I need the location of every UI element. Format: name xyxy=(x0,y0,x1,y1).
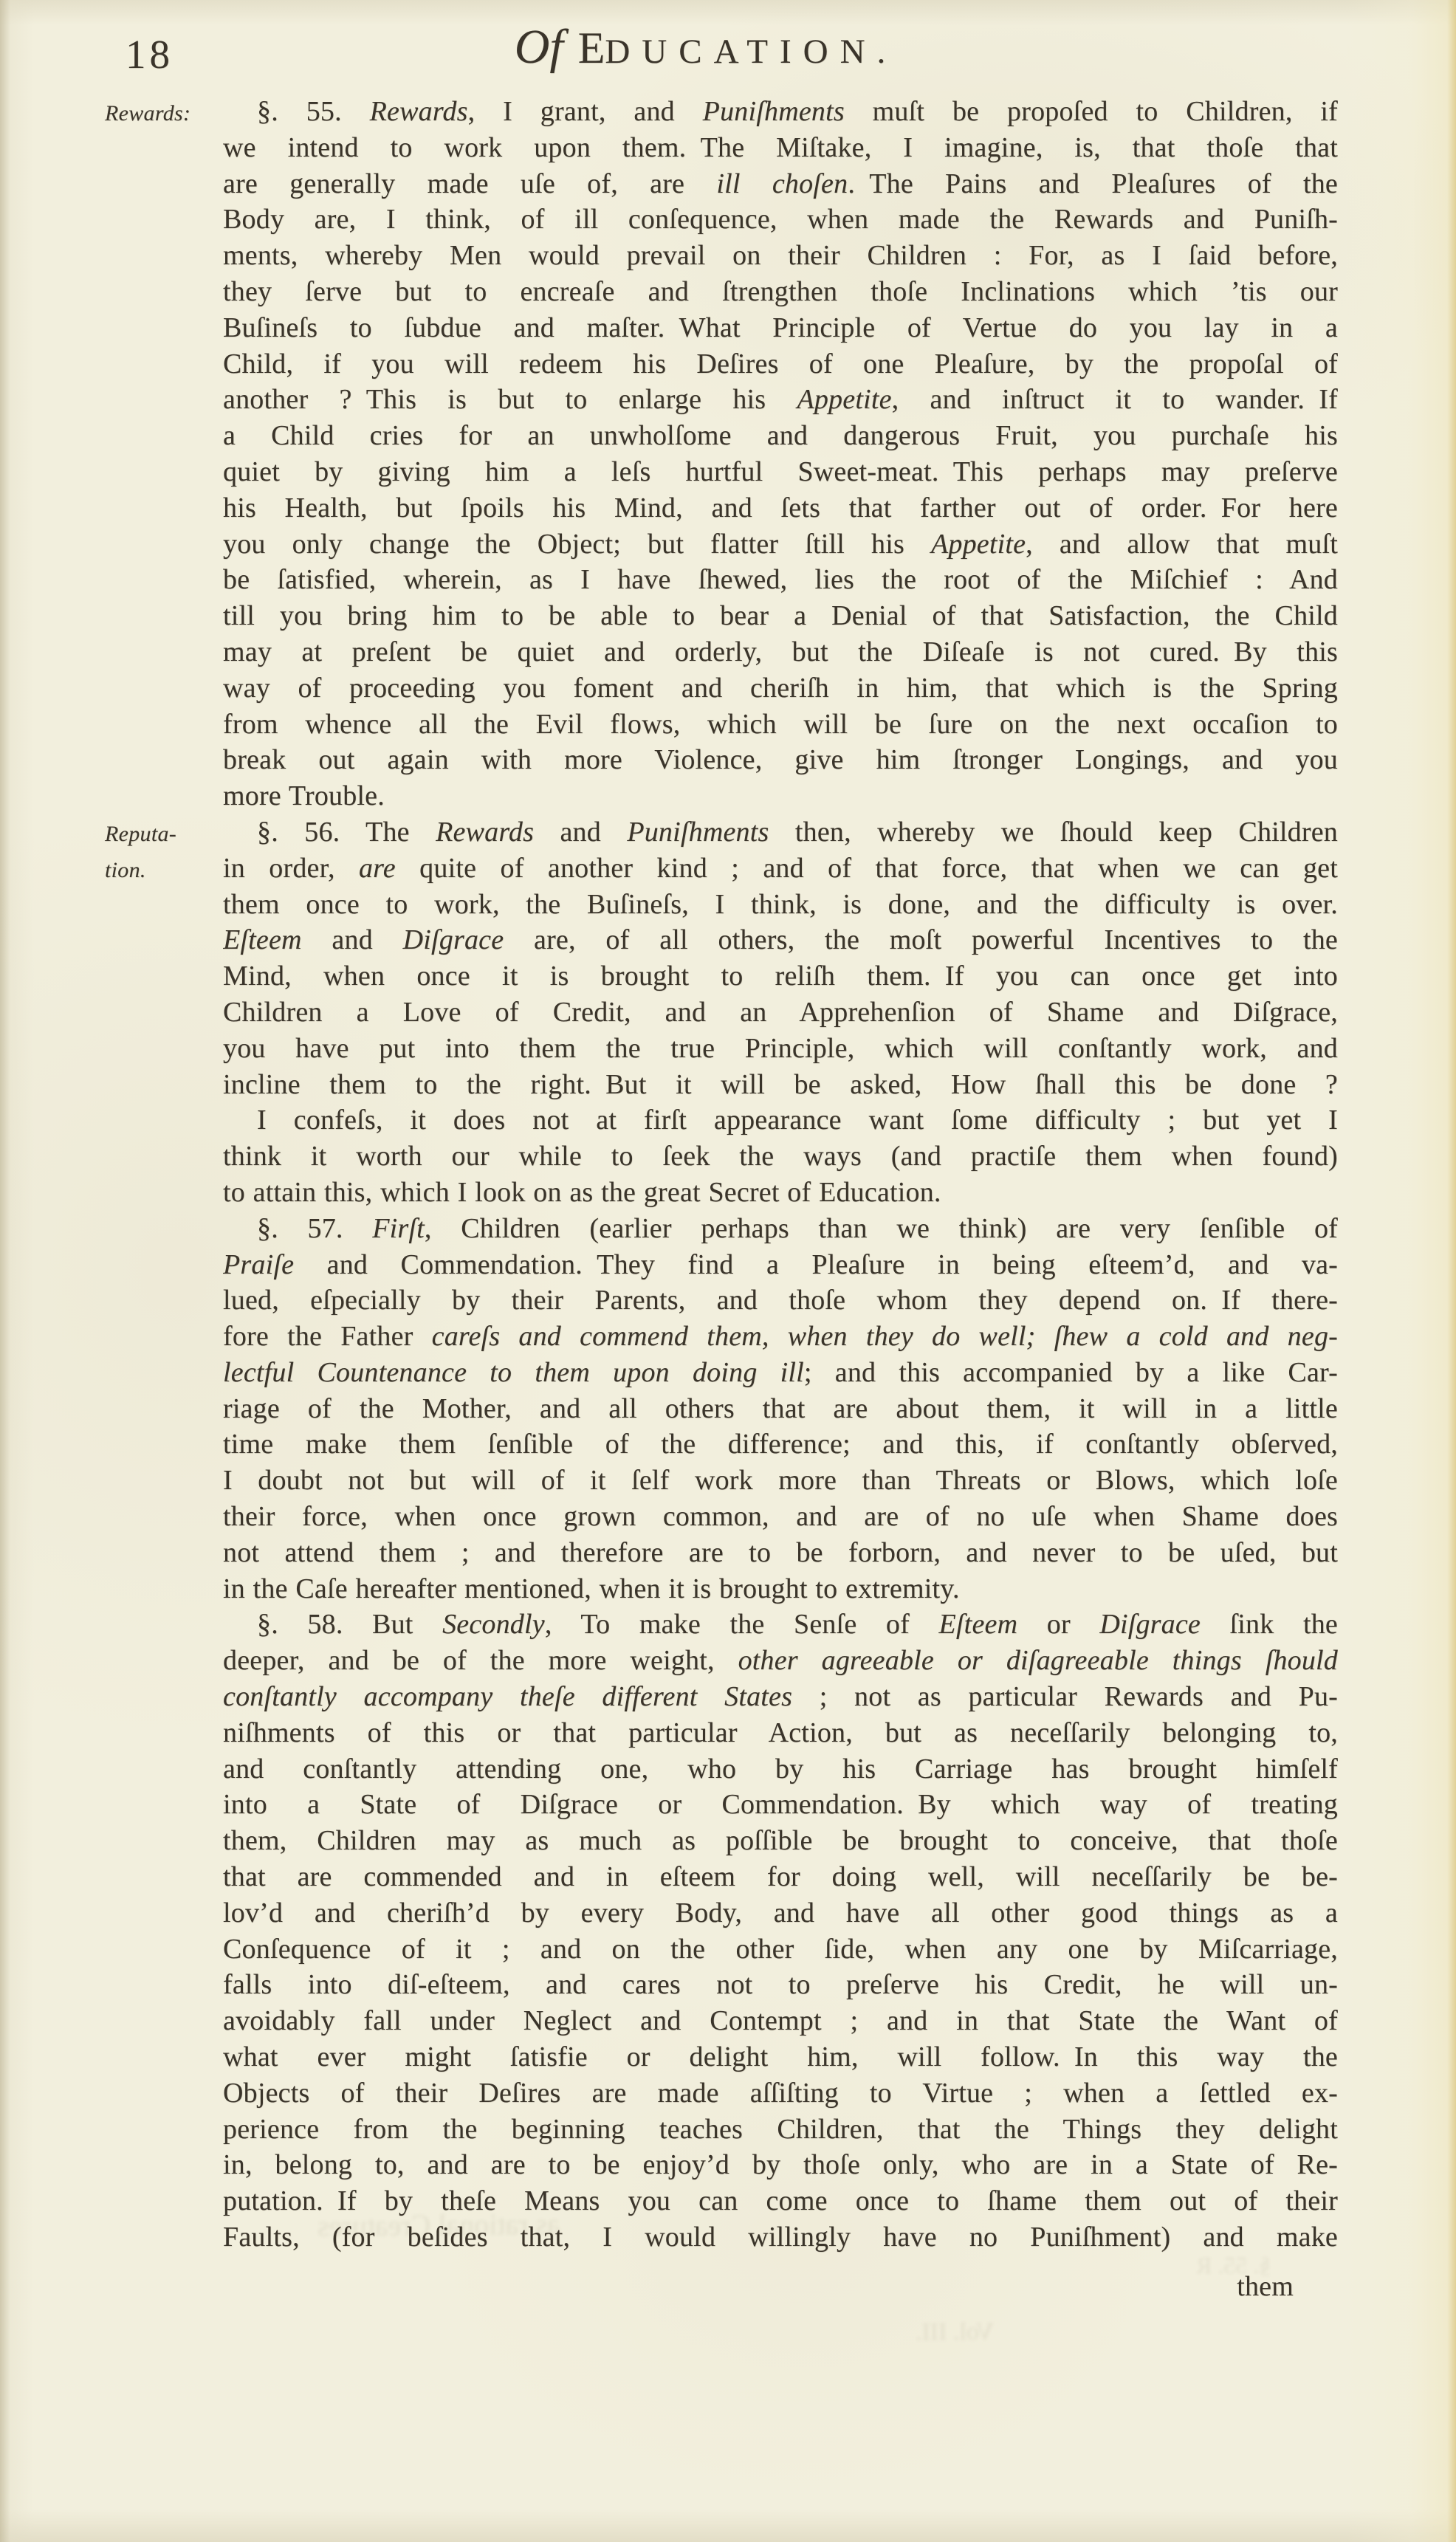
roman-text: are generally made uſe of, are xyxy=(223,168,716,199)
italic-text: Secondly xyxy=(442,1609,545,1640)
roman-text: falls into diſ-eſteem, and cares not to … xyxy=(223,1969,1338,2000)
body-line: Objects of their Deſires are made aſſiſt… xyxy=(223,2075,1338,2112)
roman-text: that are commended and in eſteem for doi… xyxy=(223,1861,1338,1892)
body-line: fore the Father careſs and commend them,… xyxy=(223,1319,1338,1355)
margin-note: Reputa-tion. xyxy=(105,817,216,889)
italic-text: Eſteem xyxy=(223,924,302,955)
body-line: deeper, and be of the more weight, other… xyxy=(223,1643,1338,1679)
roman-text: from whence all the Evil flows, which wi… xyxy=(223,709,1338,740)
body-line: §. 56. The Rewards and Puniſhments then,… xyxy=(223,814,1338,851)
roman-text: think it worth our while to ſeek the way… xyxy=(223,1141,1338,1172)
roman-text: may at preſent be quiet and orderly, but… xyxy=(223,636,1338,667)
roman-text: , To make the Senſe of xyxy=(545,1609,939,1640)
roman-text: more Trouble. xyxy=(223,780,385,811)
roman-text: avoidably fall under Neglect and Contemp… xyxy=(223,2005,1338,2036)
roman-text: fore the Father xyxy=(223,1321,432,1352)
body-line: time make them ſenſible of the differenc… xyxy=(223,1426,1338,1463)
roman-text: into a State of Diſgrace or Commendation… xyxy=(223,1789,1338,1820)
body-line: what ever might ſatisfie or delight him,… xyxy=(223,2039,1338,2075)
body-line: his Health, but ſpoils his Mind, and ſet… xyxy=(223,490,1338,526)
body-line: perience from the beginning teaches Chil… xyxy=(223,2112,1338,2148)
roman-text: another ? This is but to enlarge his xyxy=(223,384,797,415)
roman-text: and conſtantly attending one, who by his… xyxy=(223,1753,1338,1784)
italic-text: Diſgrace xyxy=(1099,1609,1201,1640)
body-line: quiet by giving him a leſs hurtful Sweet… xyxy=(223,454,1338,490)
running-title-rest: DUCATION. xyxy=(605,32,897,71)
body-line: way of proceeding you foment and cheriſh… xyxy=(223,670,1338,707)
roman-text: , and allow that muſt xyxy=(1026,529,1338,560)
roman-text: Body are, I think, of ill conſequence, w… xyxy=(223,204,1338,235)
roman-text: quite of another kind ; and of that forc… xyxy=(396,853,1338,884)
roman-text: we intend to work upon them. The Miſtake… xyxy=(223,132,1338,163)
roman-text: be ſatisfied, wherein, as I have ſhewed,… xyxy=(223,564,1338,595)
body-line: Child, if you will redeem his Deſires of… xyxy=(223,346,1338,382)
body-line: Praiſe and Commendation. They find a Ple… xyxy=(223,1247,1338,1283)
roman-text: and xyxy=(534,817,627,848)
roman-text: riage of the Mother, and all others that… xyxy=(223,1393,1338,1424)
roman-text: §. 58. But xyxy=(257,1609,442,1640)
body-line: break out again with more Violence, give… xyxy=(223,742,1338,778)
italic-text: Eſteem xyxy=(939,1609,1018,1640)
body-line: conſtantly accompany theſe different Sta… xyxy=(223,1679,1338,1715)
roman-text: you have put into them the true Principl… xyxy=(223,1033,1338,1064)
roman-text: I confeſs, it does not at firſt appearan… xyxy=(257,1105,1338,1136)
body-line: Mind, when once it is brought to reliſh … xyxy=(223,958,1338,995)
body-line: putation. If by theſe Means you can come… xyxy=(223,2183,1338,2219)
roman-text: Child, if you will redeem his Deſires of… xyxy=(223,348,1338,379)
roman-text: time make them ſenſible of the differenc… xyxy=(223,1429,1338,1460)
body-line: Buſineſs to ſubdue and maſter. What Prin… xyxy=(223,310,1338,346)
paragraph: I confeſs, it does not at firſt appearan… xyxy=(223,1102,1338,1210)
roman-text: way of proceeding you foment and cheriſh… xyxy=(223,673,1338,704)
body-line: think it worth our while to ſeek the way… xyxy=(223,1138,1338,1175)
body-line: riage of the Mother, and all others that… xyxy=(223,1391,1338,1427)
margin-note: Rewards: xyxy=(105,96,216,132)
italic-text: Appetite xyxy=(931,529,1026,560)
paragraph: §. 57. Firſt, Children (earlier perhaps … xyxy=(223,1211,1338,1607)
body-line: not attend them ; and therefore are to b… xyxy=(223,1535,1338,1571)
roman-text: niſhments of this or that particular Act… xyxy=(223,1717,1338,1748)
roman-text: in, belong to, and are to be enjoy’d by … xyxy=(223,2149,1338,2180)
page-number: 18 xyxy=(126,31,174,78)
roman-text: , Children (earlier perhaps than we thin… xyxy=(425,1213,1338,1244)
italic-text: careſs and commend them, when they do we… xyxy=(432,1321,1338,1352)
body-line: Eſteem and Diſgrace are, of all others, … xyxy=(223,922,1338,958)
roman-text: perience from the beginning teaches Chil… xyxy=(223,2114,1338,2145)
roman-text: Faults, (for beſides that, I would willi… xyxy=(223,2222,1338,2253)
roman-text: not attend them ; and therefore are to b… xyxy=(223,1537,1338,1568)
body-line: into a State of Diſgrace or Commendation… xyxy=(223,1787,1338,1823)
body-line: be ſatisfied, wherein, as I have ſhewed,… xyxy=(223,562,1338,598)
body-line: in, belong to, and are to be enjoy’d by … xyxy=(223,2147,1338,2183)
roman-text: lov’d and cheriſh’d by every Body, and h… xyxy=(223,1897,1338,1928)
roman-text: ; and this accompanied by a like Car- xyxy=(804,1357,1338,1388)
roman-text: deeper, and be of the more weight, xyxy=(223,1645,738,1676)
roman-text: and Commendation. They find a Pleaſure i… xyxy=(294,1249,1338,1280)
italic-text: Rewards xyxy=(370,96,468,127)
paragraph: Rewards:§. 55. Rewards, I grant, and Pun… xyxy=(223,94,1338,814)
running-title-of: Of xyxy=(515,20,563,74)
book-page: 18 OfEDUCATION. Rewards:§. 55. Rewards, … xyxy=(0,0,1456,2542)
italic-text: lectful Countenance to them upon doing i… xyxy=(223,1357,804,1388)
body-line: falls into diſ-eſteem, and cares not to … xyxy=(223,1967,1338,2003)
running-title-initial: E xyxy=(578,24,605,72)
roman-text: I doubt not but will of it ſelf work mor… xyxy=(223,1465,1338,1496)
body-line: them once to work, the Buſineſs, I think… xyxy=(223,887,1338,923)
roman-text: Children a Love of Credit, and an Appreh… xyxy=(223,997,1338,1028)
roman-text: a Child cries for an unwholſome and dang… xyxy=(223,420,1338,451)
roman-text: §. 55. xyxy=(257,96,370,127)
roman-text: in the Caſe hereafter mentioned, when it… xyxy=(223,1573,960,1604)
roman-text: Buſineſs to ſubdue and maſter. What Prin… xyxy=(223,312,1338,343)
roman-text: quiet by giving him a leſs hurtful Sweet… xyxy=(223,456,1338,487)
roman-text: , and inſtruct it to wander. If xyxy=(892,384,1338,415)
roman-text: muſt be propoſed to Children, if xyxy=(845,96,1338,127)
body-line: and conſtantly attending one, who by his… xyxy=(223,1751,1338,1787)
body-line: niſhments of this or that particular Act… xyxy=(223,1715,1338,1751)
body-line: lectful Countenance to them upon doing i… xyxy=(223,1355,1338,1391)
roman-text: they ſerve but to encreaſe and ſtrengthe… xyxy=(223,276,1338,307)
body-line: Conſequence of it ; and on the other ſid… xyxy=(223,1931,1338,1968)
roman-text: break out again with more Violence, give… xyxy=(223,744,1338,775)
text-block: Rewards:§. 55. Rewards, I grant, and Pun… xyxy=(223,94,1338,2305)
body-line: I confeſs, it does not at firſt appearan… xyxy=(223,1102,1338,1138)
body-line: lued, eſpecially by their Parents, and t… xyxy=(223,1282,1338,1319)
italic-text: Firſt xyxy=(372,1213,425,1244)
body-line: from whence all the Evil flows, which wi… xyxy=(223,707,1338,743)
italic-text: Appetite xyxy=(797,384,891,415)
italic-text: conſtantly accompany theſe different Sta… xyxy=(223,1681,792,1712)
roman-text: ſink the xyxy=(1201,1609,1338,1640)
roman-text: them, Children may as much as poſſible b… xyxy=(223,1825,1338,1856)
roman-text: them once to work, the Buſineſs, I think… xyxy=(223,889,1338,920)
italic-text: Puniſhments xyxy=(703,96,845,127)
italic-text: Puniſhments xyxy=(627,817,769,848)
roman-text: then, whereby we ſhould keep Children xyxy=(769,817,1339,848)
roman-text: their force, when once grown common, and… xyxy=(223,1501,1338,1532)
paragraph: Reputa-tion.§. 56. The Rewards and Puniſ… xyxy=(223,814,1338,1102)
roman-text: Objects of their Deſires are made aſſiſt… xyxy=(223,2078,1338,2109)
body-line: §. 57. Firſt, Children (earlier perhaps … xyxy=(223,1211,1338,1247)
running-title: OfEDUCATION. xyxy=(515,19,898,75)
roman-text: you only change the Object; but flatter … xyxy=(223,529,931,560)
roman-text: are, of all others, the moſt powerful In… xyxy=(504,924,1338,955)
bleedthrough-text: Vol. III. xyxy=(916,2318,994,2347)
body-line: them, Children may as much as poſſible b… xyxy=(223,1823,1338,1859)
body-line: a Child cries for an unwholſome and dang… xyxy=(223,418,1338,454)
body-line: §. 55. Rewards, I grant, and Puniſhments… xyxy=(223,94,1338,130)
paragraph: §. 58. But Secondly, To make the Senſe o… xyxy=(223,1607,1338,2255)
roman-text: till you bring him to be able to bear a … xyxy=(223,600,1338,631)
roman-text: , I grant, and xyxy=(468,96,703,127)
roman-text: putation. If by theſe Means you can come… xyxy=(223,2185,1338,2216)
body-line: may at preſent be quiet and orderly, but… xyxy=(223,634,1338,670)
body-line: Body are, I think, of ill conſequence, w… xyxy=(223,202,1338,238)
body-line: more Trouble. xyxy=(223,778,1338,814)
body-line: ments, whereby Men would prevail on thei… xyxy=(223,238,1338,274)
italic-text: Rewards xyxy=(436,817,534,848)
body-line: they ſerve but to encreaſe and ſtrengthe… xyxy=(223,274,1338,310)
body-line: we intend to work upon them. The Miſtake… xyxy=(223,130,1338,166)
body-line: incline them to the right. But it will b… xyxy=(223,1067,1338,1103)
roman-text: . The Pains and Pleaſures of the xyxy=(848,168,1338,199)
body-line: till you bring him to be able to bear a … xyxy=(223,598,1338,634)
body-line: §. 58. But Secondly, To make the Senſe o… xyxy=(223,1607,1338,1643)
body-line: that are commended and in eſteem for doi… xyxy=(223,1859,1338,1895)
roman-text: incline them to the right. But it will b… xyxy=(223,1069,1338,1100)
body-line: another ? This is but to enlarge his App… xyxy=(223,382,1338,418)
body-line: Faults, (for beſides that, I would willi… xyxy=(223,2219,1338,2256)
roman-text: in order, xyxy=(223,853,359,884)
italic-text: ill choſen xyxy=(716,168,848,199)
italic-text: Diſgrace xyxy=(403,924,504,955)
roman-text: or xyxy=(1017,1609,1099,1640)
body-line: their force, when once grown common, and… xyxy=(223,1499,1338,1535)
italic-text: are xyxy=(359,853,396,884)
roman-text: Conſequence of it ; and on the other ſid… xyxy=(223,1934,1338,1965)
margin-note-line: tion. xyxy=(105,853,216,889)
body-line: in the Caſe hereafter mentioned, when it… xyxy=(223,1571,1338,1607)
body-line: you have put into them the true Principl… xyxy=(223,1031,1338,1067)
body-line: to attain this, which I look on as the g… xyxy=(223,1175,1338,1211)
roman-text: what ever might ſatisfie or delight him,… xyxy=(223,2041,1338,2072)
body-line: are generally made uſe of, are ill choſe… xyxy=(223,166,1338,202)
italic-text: other agreeable or diſagreeable things ſ… xyxy=(738,1645,1338,1676)
margin-note-line: Reputa- xyxy=(105,817,216,853)
body-line: I doubt not but will of it ſelf work mor… xyxy=(223,1463,1338,1499)
body-line: in order, are quite of another kind ; an… xyxy=(223,851,1338,887)
roman-text: ments, whereby Men would prevail on thei… xyxy=(223,240,1338,271)
roman-text: his Health, but ſpoils his Mind, and ſet… xyxy=(223,492,1338,523)
body-line: avoidably fall under Neglect and Contemp… xyxy=(223,2003,1338,2039)
italic-text: Praiſe xyxy=(223,1249,294,1280)
body-line: lov’d and cheriſh’d by every Body, and h… xyxy=(223,1895,1338,1931)
body-line: Children a Love of Credit, and an Appreh… xyxy=(223,995,1338,1031)
roman-text: §. 56. The xyxy=(257,817,436,848)
roman-text: §. 57. xyxy=(257,1213,372,1244)
roman-text: and xyxy=(302,924,403,955)
catchword: them xyxy=(223,2269,1338,2305)
roman-text: ; not as particular Rewards and Pu- xyxy=(792,1681,1338,1712)
roman-text: lued, eſpecially by their Parents, and t… xyxy=(223,1285,1338,1316)
roman-text: to attain this, which I look on as the g… xyxy=(223,1177,941,1208)
margin-note-line: Rewards: xyxy=(105,96,216,132)
body-line: you only change the Object; but flatter … xyxy=(223,526,1338,563)
roman-text: Mind, when once it is brought to reliſh … xyxy=(223,961,1338,992)
